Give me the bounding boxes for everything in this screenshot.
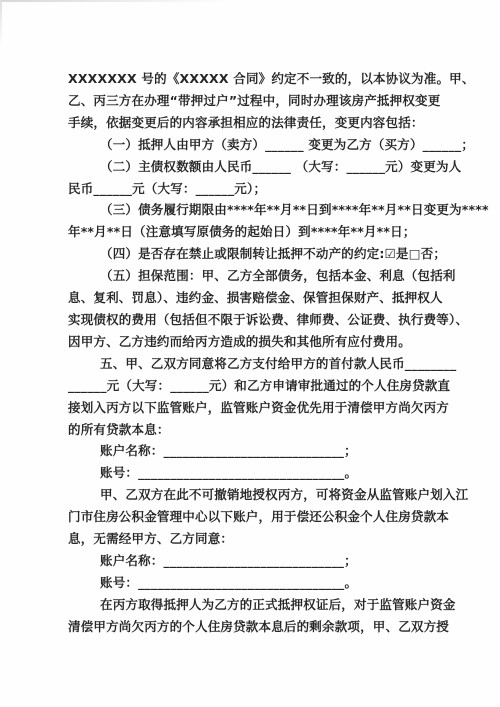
text-line: 息，无需经甲方、乙方同意： <box>68 528 445 550</box>
text-line: （二）主债权数额由人民币______ （大写：______元）变更为人 <box>68 156 445 178</box>
account-name-line: 账户名称：____________________________； <box>68 550 445 572</box>
text-line: 民币______元（大写：______元）； <box>68 178 445 200</box>
text-line: （一）抵押人由甲方（卖方）______ 变更为乙方（买方）______； <box>68 134 445 156</box>
text-line: 接划入丙方以下监管账户，监管账户资金优先用于清偿甲方尚欠丙方 <box>68 397 445 419</box>
text-line: 在丙方取得抵押人为乙方的正式抵押权证后，对于监管账户资金 <box>68 594 445 616</box>
account-name-line: 账户名称：____________________________； <box>68 440 445 462</box>
text-line: （四）是否存在禁止或限制转让抵押不动产的约定:☑是□否； <box>68 243 445 265</box>
text-line: 五、甲、乙双方同意将乙方支付给甲方的首付款人民币________ <box>68 353 445 375</box>
account-number-line: 账号：________________________________。 <box>68 462 445 484</box>
text-line: 实现债权的费用（包括但不限于诉讼费、律师费、公证费、执行费等）、 <box>68 309 445 331</box>
scan-edge-top-artifact <box>0 0 230 2</box>
text-line: XXXXXXX 号的《XXXXX 合同》约定不一致的，以本协议为准。甲、 <box>68 68 445 90</box>
text-line: 乙、丙三方在办理“带押过户”过程中，同时办理该房产抵押权变更 <box>68 90 445 112</box>
text-line: 年**月**日（注意填写原债务的起始日）到****年**月**日； <box>68 221 445 243</box>
account-number-line: 账号：________________________________。 <box>68 572 445 594</box>
text-line: 清偿甲方尚欠丙方的个人住房贷款本息后的剩余款项，甲、乙双方授 <box>68 616 445 638</box>
text-line: （三）债务履行期限由****年**月**日到****年**月**日变更为**** <box>68 199 445 221</box>
text-line: 因甲方、乙方违约而给丙方造成的损失和其他所有应付费用。 <box>68 331 445 353</box>
scan-edge-left-artifact <box>0 0 2 46</box>
text-line: （五）担保范围：甲、乙方全部债务，包括本金、利息（包括利 <box>68 265 445 287</box>
text-line: 甲、乙双方在此不可撤销地授权丙方，可将资金从监管账户划入江 <box>68 484 445 506</box>
text-line: 的所有贷款本息： <box>68 419 445 441</box>
text-line: 息、复利、罚息）、违约金、损害赔偿金、保管担保财产、抵押权人 <box>68 287 445 309</box>
text-line: 手续，依据变更后的内容承担相应的法律责任，变更内容包括： <box>68 112 445 134</box>
document-page: XXXXXXX 号的《XXXXX 合同》约定不一致的，以本协议为准。甲、 乙、丙… <box>0 0 500 707</box>
text-line: 门市住房公积金管理中心以下账户，用于偿还公积金个人住房贷款本 <box>68 506 445 528</box>
text-line: ______元（大写：______元）和乙方申请审批通过的个人住房贷款直 <box>68 375 445 397</box>
